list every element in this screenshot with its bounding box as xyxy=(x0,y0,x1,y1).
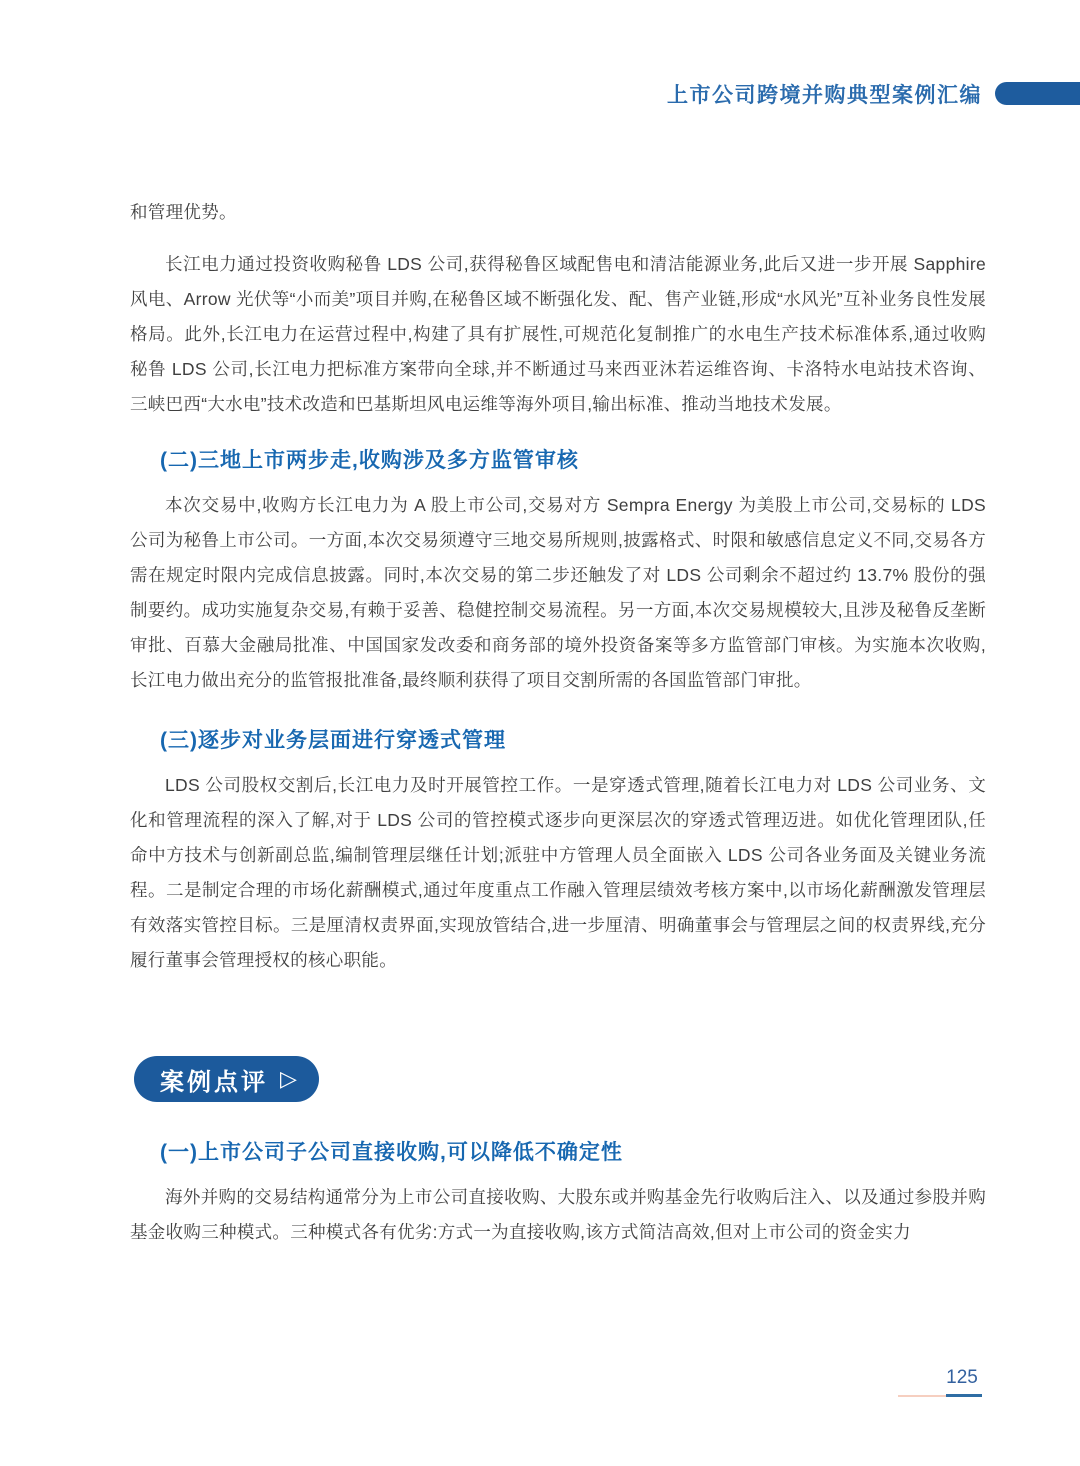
running-head-title: 上市公司跨境并购典型案例汇编 xyxy=(667,79,982,109)
page-header: 上市公司跨境并购典型案例汇编 xyxy=(0,81,1080,106)
paragraph-overview: 长江电力通过投资收购秘鲁 LDS 公司,获得秘鲁区域配售电和清洁能源业务,此后又… xyxy=(130,247,986,422)
section-heading-two: (二)三地上市两步走,收购涉及多方监管审核 xyxy=(130,443,986,478)
footer-rule-salmon xyxy=(898,1395,946,1397)
page-footer: 125 xyxy=(898,1363,982,1397)
triangle-right-icon: ▷ xyxy=(280,1068,297,1090)
footer-rule xyxy=(898,1394,982,1397)
paragraph-section-three: LDS 公司股权交割后,长江电力及时开展管控工作。一是穿透式管理,随着长江电力对… xyxy=(130,768,986,978)
footer-rule-blue xyxy=(946,1394,982,1397)
page-number: 125 xyxy=(942,1363,982,1393)
paragraph-section-one: 海外并购的交易结构通常分为上市公司直接收购、大股东或并购基金先行收购后注入、以及… xyxy=(130,1180,986,1250)
section-heading-one: (一)上市公司子公司直接收购,可以降低不确定性 xyxy=(130,1135,986,1170)
document-page: 上市公司跨境并购典型案例汇编 和管理优势。 长江电力通过投资收购秘鲁 LDS 公… xyxy=(0,0,1080,1466)
paragraph-section-two: 本次交易中,收购方长江电力为 A 股上市公司,交易对方 Sempra Energ… xyxy=(130,488,986,698)
page-content: 和管理优势。 长江电力通过投资收购秘鲁 LDS 公司,获得秘鲁区域配售电和清洁能… xyxy=(130,195,986,1250)
header-accent-bar xyxy=(995,82,1080,105)
case-review-badge: 案例点评 ▷ xyxy=(134,1056,319,1102)
paragraph-continuation: 和管理优势。 xyxy=(130,195,986,230)
case-review-badge-label: 案例点评 xyxy=(160,1062,268,1097)
section-heading-three: (三)逐步对业务层面进行穿透式管理 xyxy=(130,723,986,758)
